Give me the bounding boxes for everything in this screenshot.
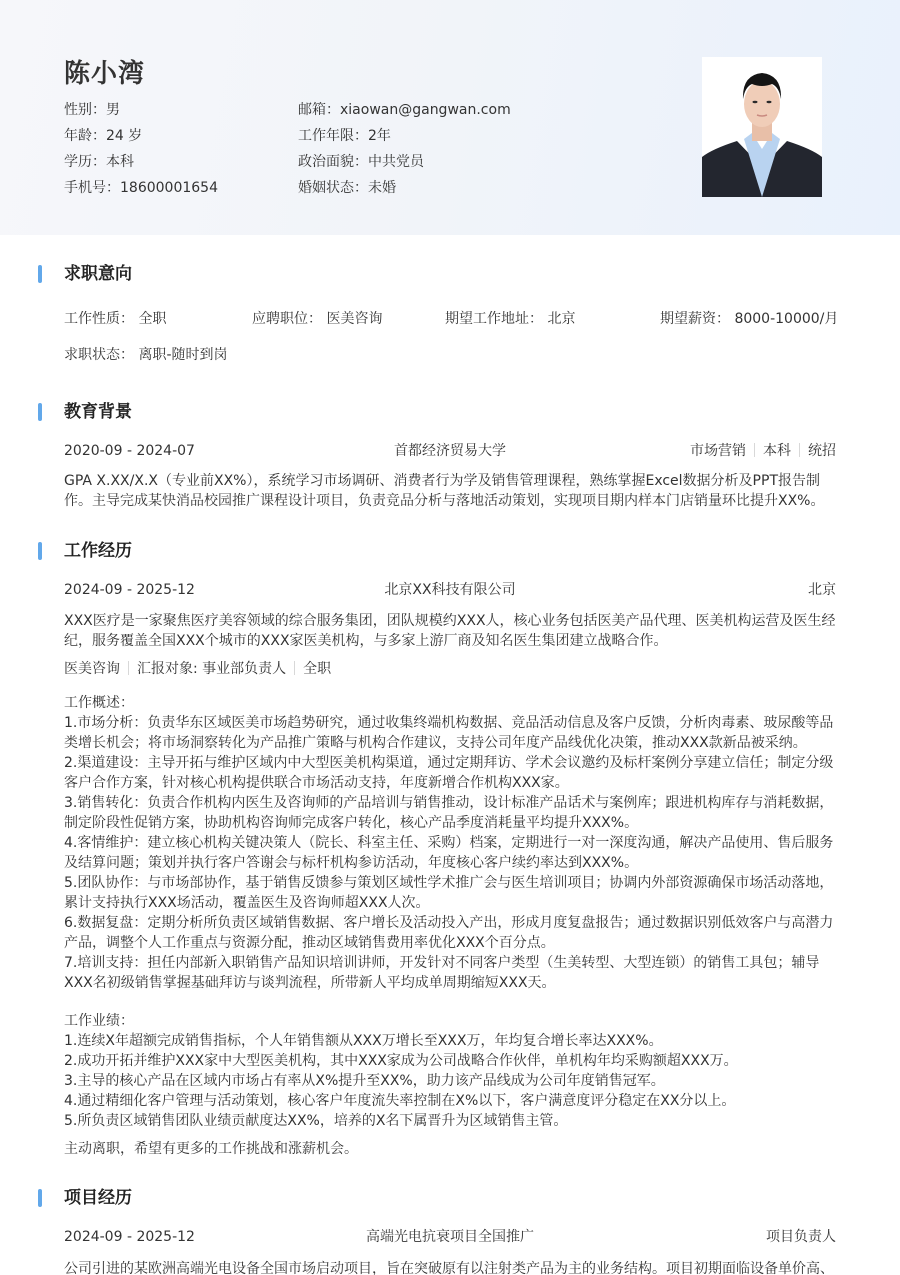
work-tag: 汇报对象: 事业部负责人 [137, 661, 286, 677]
age-field: 年龄：24 岁 [64, 126, 142, 146]
education-meta: 市场营销本科统招 [600, 441, 836, 461]
overview-title: 工作概述： [64, 693, 839, 713]
achievement-item: 3.主导的核心产品在区域内市场占有率从X%提升至XX%，助力该产品线成为公司年度… [64, 1071, 839, 1091]
overview-item: 7.培训支持：担任内部新入职销售产品知识培训讲师，开发针对不同客户类型（生美转型… [64, 953, 839, 993]
overview-item: 6.数据复盘：定期分析所负责区域销售数据、客户增长及活动投入产出，形成月度复盘报… [64, 913, 839, 953]
location-field: 期望工作地址： 北京 [445, 309, 575, 329]
section-accent-bar [38, 403, 42, 421]
work-overview: 工作概述： 1.市场分析：负责华东区域医美市场趋势研究，通过收集终端机构数据、竞… [64, 693, 839, 993]
salary-label: 期望薪资： [660, 311, 730, 327]
work-years-field: 工作年限：2年 [298, 126, 391, 146]
salary-value: 8000-10000/月 [734, 311, 838, 327]
work-years-value: 2年 [368, 128, 391, 144]
job-status-label: 求职状态： [64, 347, 134, 363]
phone-value[interactable]: 18600001654 [120, 180, 218, 196]
position-field: 应聘职位： 医美咨询 [252, 309, 382, 329]
job-status-value: 离职-随时到岗 [138, 347, 227, 363]
education-label: 学历： [64, 154, 106, 170]
job-type-value: 全职 [138, 311, 166, 327]
salary-field: 期望薪资： 8000-10000/月 [660, 309, 838, 329]
work-company: 北京XX科技有限公司 [300, 580, 600, 600]
education-description: GPA X.XX/X.X（专业前XX%），系统学习市场调研、消费者行为学及销售管… [64, 471, 839, 511]
location-label: 期望工作地址： [445, 311, 543, 327]
position-label: 应聘职位： [252, 311, 322, 327]
section-title-project: 项目经历 [64, 1186, 132, 1210]
email-label: 邮箱： [298, 102, 340, 118]
gender-label: 性别： [64, 102, 106, 118]
age-label: 年龄： [64, 128, 106, 144]
project-role: 项目负责人 [700, 1227, 836, 1247]
section-title-work: 工作经历 [64, 539, 132, 563]
phone-field: 手机号：18600001654 [64, 178, 218, 198]
gender-value: 男 [106, 102, 120, 118]
achievement-item: 5.所负责区域销售团队业绩贡献度达XX%，培养的X名下属晋升为区域销售主管。 [64, 1111, 839, 1131]
achievement-item: 2.成功开拓并维护XXX家中大型医美机构，其中XXX家成为公司战略合作伙伴，单机… [64, 1051, 839, 1071]
section-accent-bar [38, 265, 42, 283]
position-value: 医美咨询 [326, 311, 382, 327]
overview-item: 5.团队协作：与市场部协作，基于销售反馈参与策划区域性学术推广会与医生培训项目；… [64, 873, 839, 913]
leave-reason: 主动离职，希望有更多的工作挑战和涨薪机会。 [64, 1139, 839, 1159]
work-tag: 全职 [303, 661, 331, 677]
education-enrollment: 统招 [808, 443, 836, 459]
overview-item: 1.市场分析：负责华东区域医美市场趋势研究，通过收集终端机构数据、竞品活动信息及… [64, 713, 839, 753]
section-accent-bar [38, 542, 42, 560]
overview-item: 2.渠道建设：主导开拓与维护区域内中大型医美机构渠道，通过定期拜访、学术会议邀约… [64, 753, 839, 793]
overview-item: 3.销售转化：负责合作机构内医生及咨询师的产品培训与销售推动，设计标准产品话术与… [64, 793, 839, 833]
education-period: 2020-09 - 2024-07 [64, 441, 195, 461]
education-school: 首都经济贸易大学 [300, 441, 600, 461]
candidate-name: 陈小湾 [64, 53, 145, 90]
overview-item: 4.客情维护：建立核心机构关键决策人（院长、科室主任、采购）档案，定期进行一对一… [64, 833, 839, 873]
achievement-item: 1.连续X年超额完成销售指标，个人年销售额从XXX万增长至XXX万，年均复合增长… [64, 1031, 839, 1051]
marital-value: 未婚 [368, 180, 396, 196]
education-field: 学历：本科 [64, 152, 134, 172]
work-tags: 医美咨询汇报对象: 事业部负责人全职 [64, 659, 331, 679]
work-years-label: 工作年限： [298, 128, 368, 144]
location-value: 北京 [547, 311, 575, 327]
resume-header: 陈小湾 性别：男 年龄：24 岁 学历：本科 手机号：18600001654 邮… [0, 0, 900, 235]
job-type-field: 工作性质： 全职 [64, 309, 166, 329]
section-accent-bar [38, 1189, 42, 1207]
section-title-job-intent: 求职意向 [64, 262, 132, 286]
divider [754, 443, 755, 457]
education-degree: 本科 [763, 443, 791, 459]
section-title-education: 教育背景 [64, 400, 132, 424]
work-tag: 医美咨询 [64, 661, 120, 677]
political-value: 中共党员 [368, 154, 424, 170]
company-intro: XXX医疗是一家聚焦医疗美容领域的综合服务集团，团队规模约XXX人，核心业务包括… [64, 611, 839, 651]
phone-label: 手机号： [64, 180, 120, 196]
email-field: 邮箱：xiaowan@gangwan.com [298, 100, 511, 120]
divider [799, 443, 800, 457]
project-description: 公司引进的某欧洲高端光电设备全国市场启动项目，旨在突破原有以注射类产品为主的业务… [64, 1259, 839, 1275]
project-name: 高端光电抗衰项目全国推广 [300, 1227, 600, 1247]
political-label: 政治面貌： [298, 154, 368, 170]
project-period: 2024-09 - 2025-12 [64, 1227, 195, 1247]
work-achievements: 工作业绩： 1.连续X年超额完成销售指标，个人年销售额从XXX万增长至XXX万，… [64, 1011, 839, 1131]
divider [128, 661, 129, 675]
gender-field: 性别：男 [64, 100, 120, 120]
divider [294, 661, 295, 675]
portrait-icon [702, 57, 822, 197]
age-value: 24 岁 [106, 128, 142, 144]
marital-label: 婚姻状态： [298, 180, 368, 196]
achievement-item: 4.通过精细化客户管理与活动策划，核心客户年度流失率控制在X%以下，客户满意度评… [64, 1091, 839, 1111]
political-field: 政治面貌：中共党员 [298, 152, 424, 172]
job-type-label: 工作性质： [64, 311, 134, 327]
work-period: 2024-09 - 2025-12 [64, 580, 195, 600]
achievements-title: 工作业绩： [64, 1011, 839, 1031]
job-status-field: 求职状态： 离职-随时到岗 [64, 345, 228, 365]
profile-photo [702, 57, 822, 197]
email-value[interactable]: xiaowan@gangwan.com [340, 102, 511, 118]
marital-field: 婚姻状态：未婚 [298, 178, 396, 198]
work-city: 北京 [700, 580, 836, 600]
education-major: 市场营销 [690, 443, 746, 459]
education-value: 本科 [106, 154, 134, 170]
